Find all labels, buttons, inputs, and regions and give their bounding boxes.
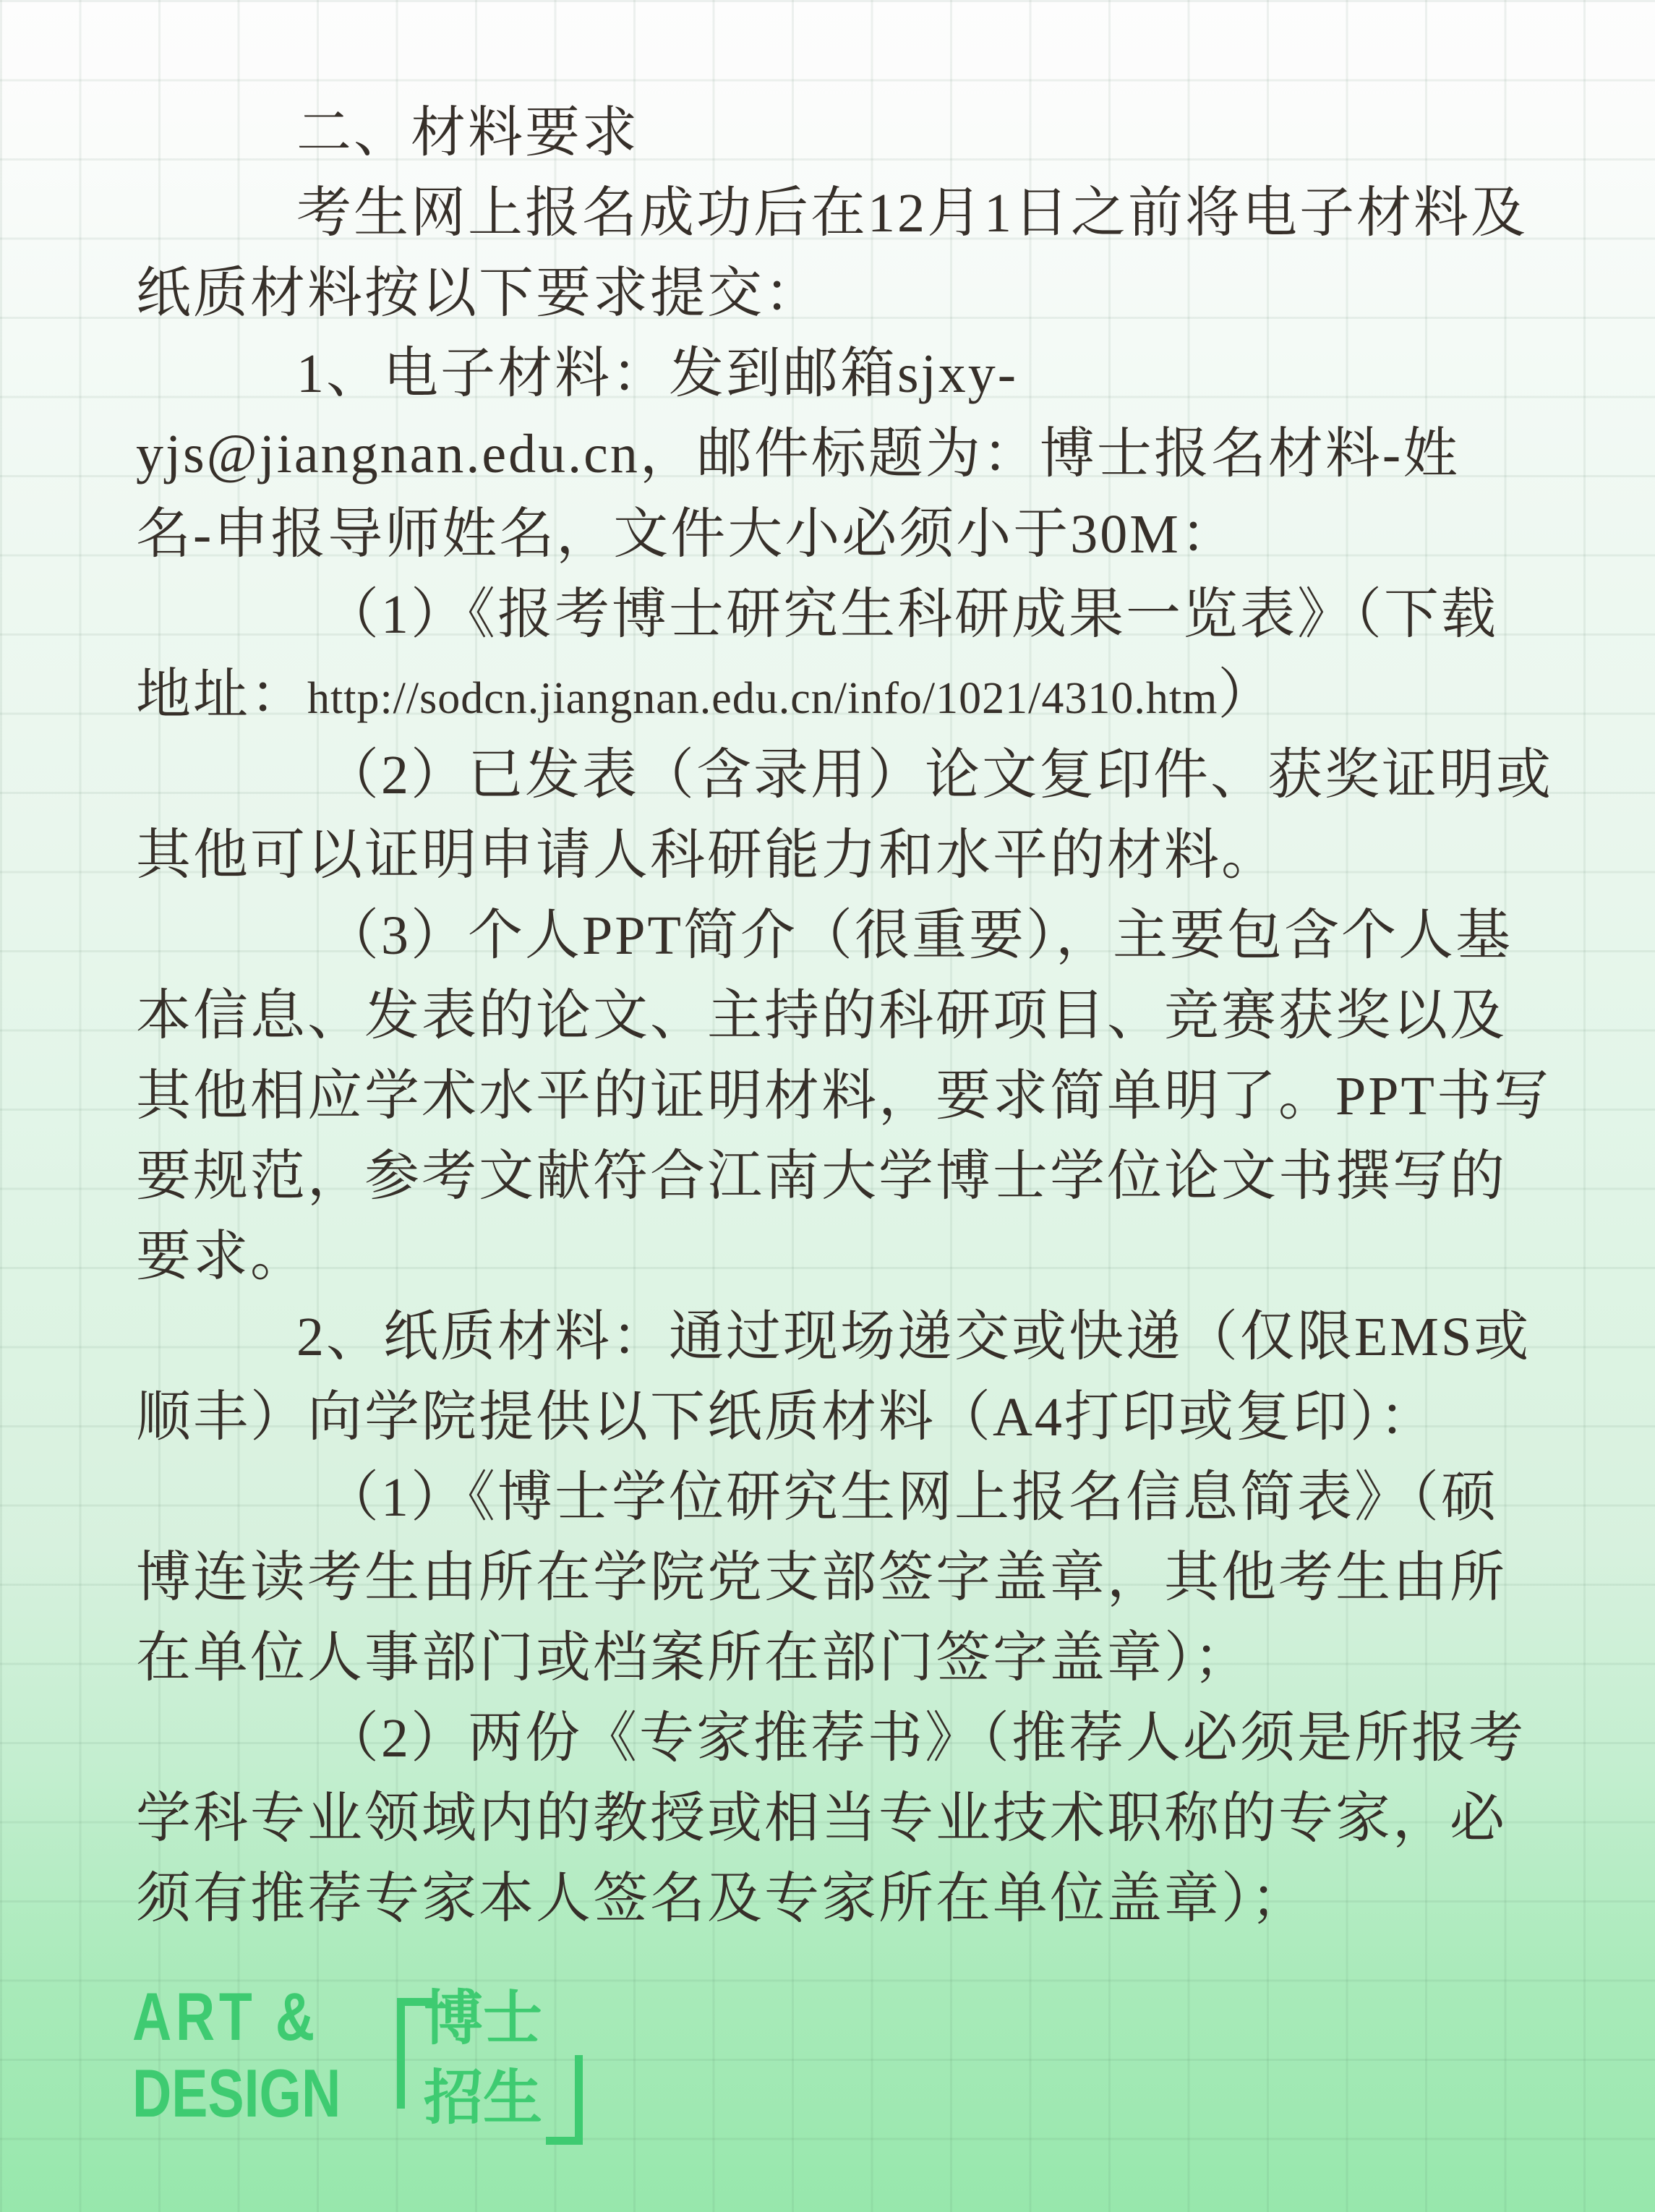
text-line-sub-3: （3）个人PPT简介（很重要），主要包含个人基 (136, 896, 1596, 976)
text-line: 其他可以证明申请人科研能力和水平的材料。 (136, 816, 1596, 896)
download-url-line: 地址：http://sodcn.jiangnan.edu.cn/info/102… (136, 655, 1596, 735)
text-line: 其他相应学术水平的证明材料，要求简单明了。PPT书写 (136, 1056, 1596, 1137)
text-line: 要规范，参考文献符合江南大学博士学位论文书撰写的 (136, 1137, 1596, 1217)
text-line-sub-1: （1）《博士学位研究生网上报名信息简表》（硕 (136, 1458, 1596, 1538)
footer-logo-latin: ART & DESIGN (132, 1978, 341, 2132)
footer-logo-cjk: 博士 招生 (424, 1979, 542, 2138)
section-title: 二、材料要求 (136, 93, 1596, 174)
logo-zhaosheng-line: 招生 (424, 2059, 542, 2138)
logo-design-line: DESIGN (132, 2055, 341, 2132)
notice-page: 二、材料要求 考生网上报名成功后在12月1日之前将电子材料及 纸质材料按以下要求… (0, 0, 1655, 2212)
text-line: 要求。 (136, 1217, 1596, 1297)
text-line: 博连读考生由所在学院党支部签字盖章，其他考生由所 (136, 1538, 1596, 1618)
text-line: 顺丰）向学院提供以下纸质材料（A4打印或复印）： (136, 1378, 1596, 1458)
text-line-sub-2: （2）两份《专家推荐书》（推荐人必须是所报考 (136, 1699, 1596, 1779)
text-line: 本信息、发表的论文、主持的科研项目、竞赛获奖以及 (136, 976, 1596, 1056)
address-label: 地址： (136, 665, 307, 725)
text-line-email: yjs@jiangnan.edu.cn，邮件标题为：博士报名材料-姓 (136, 414, 1596, 495)
text-line: 纸质材料按以下要求提交： (136, 254, 1596, 334)
download-url: http://sodcn.jiangnan.edu.cn/info/1021/4… (307, 674, 1218, 723)
text-line: 考生网上报名成功后在12月1日之前将电子材料及 (136, 174, 1596, 254)
text-line: 学科专业领域内的教授或相当专业技术职称的专家，必 (136, 1779, 1596, 1859)
text-line-item-2-paper: 2、纸质材料：通过现场递交或快递（仅限EMS或 (136, 1297, 1596, 1378)
text-line: 名-申报导师姓名，文件大小必须小于30M： (136, 495, 1596, 575)
address-close-paren: ） (1218, 665, 1275, 725)
close-corner-bracket-icon (546, 2055, 583, 2145)
logo-boshi-line: 博士 (424, 1979, 542, 2059)
text-line-item-1-electronic: 1、电子材料：发到邮箱sjxy- (136, 334, 1596, 414)
text-line-sub-2: （2）已发表（含录用）论文复印件、获奖证明或 (136, 735, 1596, 816)
text-line-sub-1: （1）《报考博士研究生科研成果一览表》（下载 (136, 575, 1596, 655)
text-line: 须有推荐专家本人签名及专家所在单位盖章）； (136, 1859, 1596, 1939)
logo-art-line: ART & (132, 1978, 341, 2055)
text-line: 在单位人事部门或档案所在部门签字盖章）； (136, 1618, 1596, 1699)
document-body: 二、材料要求 考生网上报名成功后在12月1日之前将电子材料及 纸质材料按以下要求… (136, 93, 1596, 1939)
